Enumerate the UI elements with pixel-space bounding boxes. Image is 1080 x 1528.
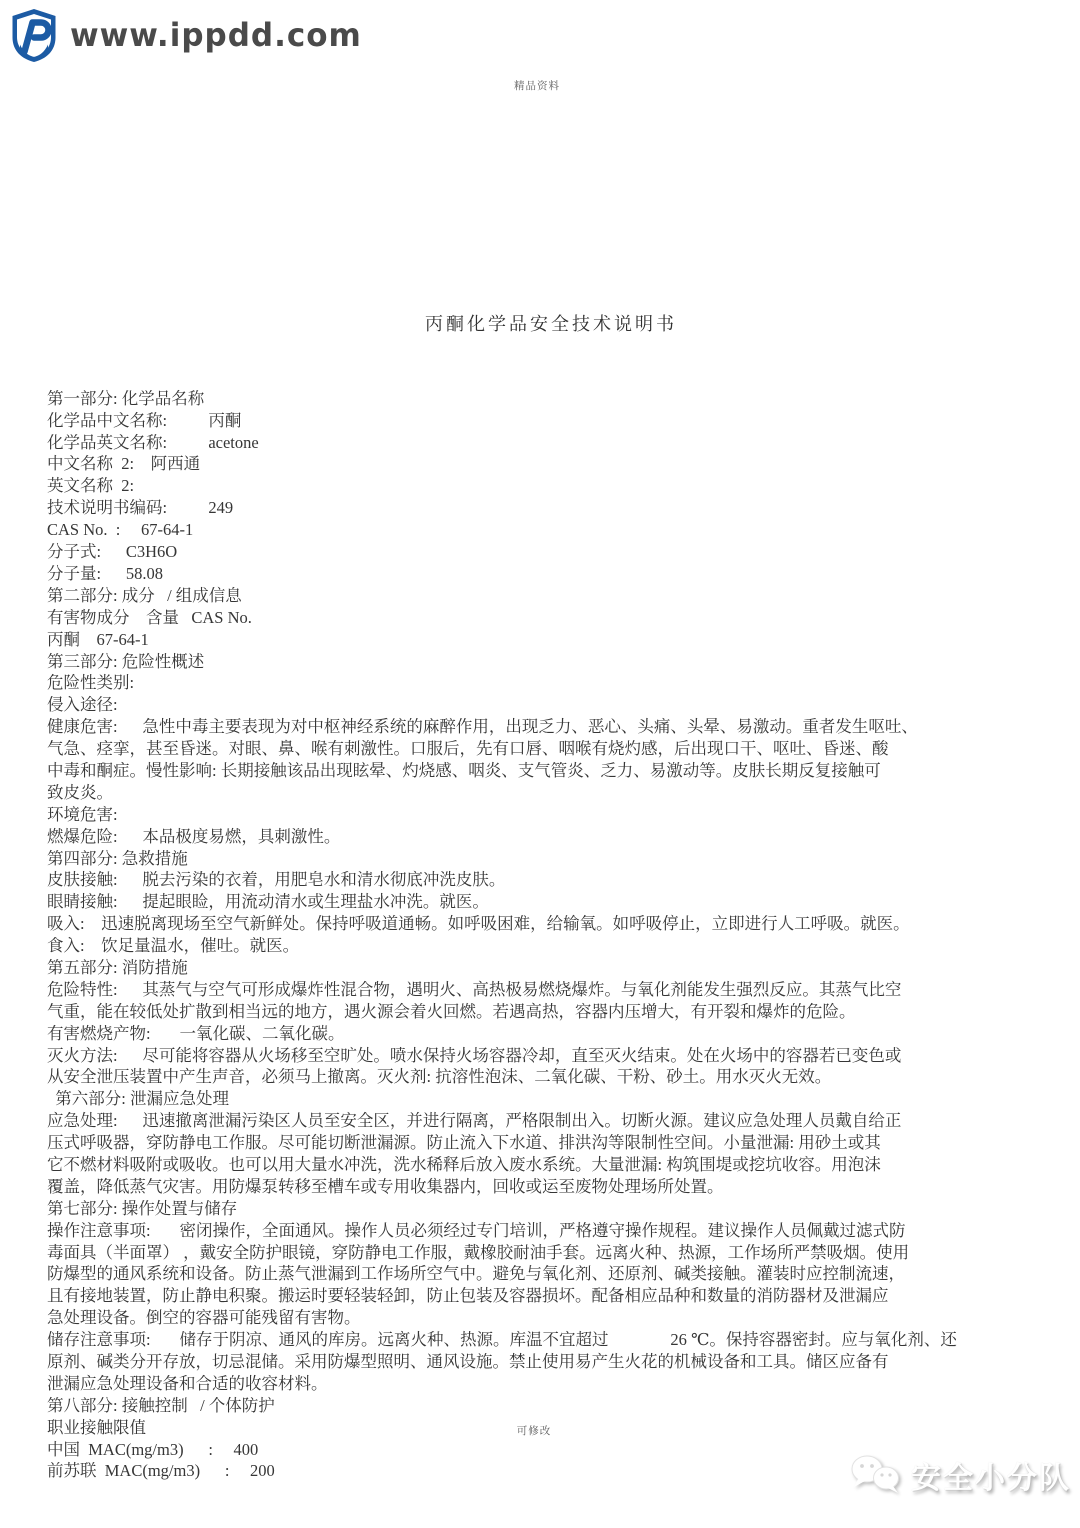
document-line: 从安全泄压装置中产生声音，必须马上撤离。灭火剂: 抗溶性泡沫、二氧化碳、干粉、砂… bbox=[47, 1066, 1057, 1088]
document-line: 分子量: 58.08 bbox=[47, 563, 1057, 585]
document-line: 眼睛接触: 提起眼睑，用流动清水或生理盐水冲洗。就医。 bbox=[47, 891, 1057, 913]
document-line: 它不燃材料吸附或吸收。也可以用大量水冲洗，洗水稀释后放入废水系统。大量泄漏: 构… bbox=[47, 1154, 1057, 1176]
document-line: CAS No. : 67-64-1 bbox=[47, 519, 1057, 541]
wechat-chat-bubbles-icon bbox=[850, 1454, 902, 1496]
document-line: 泄漏应急处理设备和合适的收容材料。 bbox=[47, 1373, 1057, 1395]
document-line: 危险特性: 其蒸气与空气可形成爆炸性混合物，遇明火、高热极易燃烧爆炸。与氧化剂能… bbox=[47, 979, 1057, 1001]
document-line: 储存注意事项: 储存于阴凉、通风的库房。远离火种、热源。库温不宜超过 26 ℃。… bbox=[47, 1329, 1057, 1351]
document-line: 且有接地装置，防止静电积聚。搬运时要轻装轻卸，防止包装及容器损坏。配备相应品种和… bbox=[47, 1285, 1057, 1307]
document-line: 吸入: 迅速脱离现场至空气新鲜处。保持呼吸道通畅。如呼吸困难，给输氧。如呼吸停止… bbox=[47, 913, 1057, 935]
document-line: 急处理设备。倒空的容器可能残留有害物。 bbox=[47, 1307, 1057, 1329]
watermark: 安全小分队 bbox=[850, 1453, 1071, 1497]
document-line: 操作注意事项: 密闭操作，全面通风。操作人员必须经过专门培训，严格遵守操作规程。… bbox=[47, 1220, 1057, 1242]
document-line: 第四部分: 急救措施 bbox=[47, 848, 1057, 870]
document-line: 有害物成分 含量 CAS No. bbox=[47, 607, 1057, 629]
document-line: 压式呼吸器，穿防静电工作服。尽可能切断泄漏源。防止流入下水道、排洪沟等限制性空间… bbox=[47, 1132, 1057, 1154]
document-title: 丙酮化学品安全技术说明书 bbox=[425, 310, 677, 336]
document-line: 丙酮 67-64-1 bbox=[47, 629, 1057, 651]
document-line: 危险性类别: bbox=[47, 672, 1057, 694]
document-line: 食入: 饮足量温水，催吐。就医。 bbox=[47, 935, 1057, 957]
top-note: 精品资料 bbox=[0, 78, 1074, 93]
document-line: 第六部分: 泄漏应急处理 bbox=[47, 1088, 1057, 1110]
bottom-note: 可修改 bbox=[0, 1423, 1068, 1438]
document-line: 第一部分: 化学品名称 bbox=[47, 388, 1057, 410]
site-url-text: www.ippdd.com bbox=[70, 17, 362, 54]
document-line: 灭火方法: 尽可能将容器从火场移至空旷处。喷水保持火场容器冷却，直至灭火结束。处… bbox=[47, 1045, 1057, 1067]
document-line: 第二部分: 成分 / 组成信息 bbox=[47, 585, 1057, 607]
watermark-text: 安全小分队 bbox=[911, 1453, 1071, 1497]
document-line: 皮肤接触: 脱去污染的衣着，用肥皂水和清水彻底冲洗皮肤。 bbox=[47, 869, 1057, 891]
document-line: 化学品中文名称: 丙酮 bbox=[47, 410, 1057, 432]
document-line: 第三部分: 危险性概述 bbox=[47, 651, 1057, 673]
document-line: 侵入途径: bbox=[47, 694, 1057, 716]
document-line: 气重，能在较低处扩散到相当远的地方，遇火源会着火回燃。若遇高热，容器内压增大，有… bbox=[47, 1001, 1057, 1023]
document-line: 覆盖，降低蒸气灾害。用防爆泵转移至槽车或专用收集器内，回收或运至废物处理场所处置… bbox=[47, 1176, 1057, 1198]
page-header: www.ippdd.com bbox=[10, 7, 362, 64]
document-line: 燃爆危险: 本品极度易燃，具刺激性。 bbox=[47, 826, 1057, 848]
scanned-msds-page: { "header": { "site": "www.ippdd.com", "… bbox=[0, 0, 1080, 1528]
document-line: 技术说明书编码: 249 bbox=[47, 497, 1057, 519]
document-line: 原剂、碱类分开存放，切忌混储。采用防爆型照明、通风设施。禁止使用易产生火花的机械… bbox=[47, 1351, 1057, 1373]
ippdd-shield-p-logo-icon bbox=[10, 7, 58, 64]
document-line: 防爆型的通风系统和设备。防止蒸气泄漏到工作场所空气中。避免与氧化剂、还原剂、碱类… bbox=[47, 1263, 1057, 1285]
document-line: 英文名称 2: bbox=[47, 475, 1057, 497]
document-line: 分子式: C3H6O bbox=[47, 541, 1057, 563]
document-body: 第一部分: 化学品名称化学品中文名称: 丙酮化学品英文名称: acetone中文… bbox=[47, 344, 1057, 1482]
document-line: 化学品英文名称: acetone bbox=[47, 432, 1057, 454]
document-line: 第五部分: 消防措施 bbox=[47, 957, 1057, 979]
document-line: 气急、痉挛，甚至昏迷。对眼、鼻、喉有刺激性。口服后，先有口唇、咽喉有烧灼感，后出… bbox=[47, 738, 1057, 760]
document-line: 健康危害: 急性中毒主要表现为对中枢神经系统的麻醉作用，出现乏力、恶心、头痛、头… bbox=[47, 716, 1057, 738]
document-line: 有害燃烧产物: 一氧化碳、二氧化碳。 bbox=[47, 1023, 1057, 1045]
document-line: 中毒和酮症。慢性影响: 长期接触该品出现眩晕、灼烧感、咽炎、支气管炎、乏力、易激… bbox=[47, 760, 1057, 782]
document-line: 第七部分: 操作处置与储存 bbox=[47, 1198, 1057, 1220]
document-line: 致皮炎。 bbox=[47, 782, 1057, 804]
document-line: 毒面具（半面罩） ，戴安全防护眼镜，穿防静电工作服，戴橡胶耐油手套。远离火种、热… bbox=[47, 1242, 1057, 1264]
document-line: 应急处理: 迅速撤离泄漏污染区人员至安全区，并进行隔离，严格限制出入。切断火源。… bbox=[47, 1110, 1057, 1132]
document-line: 第八部分: 接触控制 / 个体防护 bbox=[47, 1395, 1057, 1417]
document-line: 中文名称 2: 阿西通 bbox=[47, 453, 1057, 475]
document-line: 环境危害: bbox=[47, 804, 1057, 826]
